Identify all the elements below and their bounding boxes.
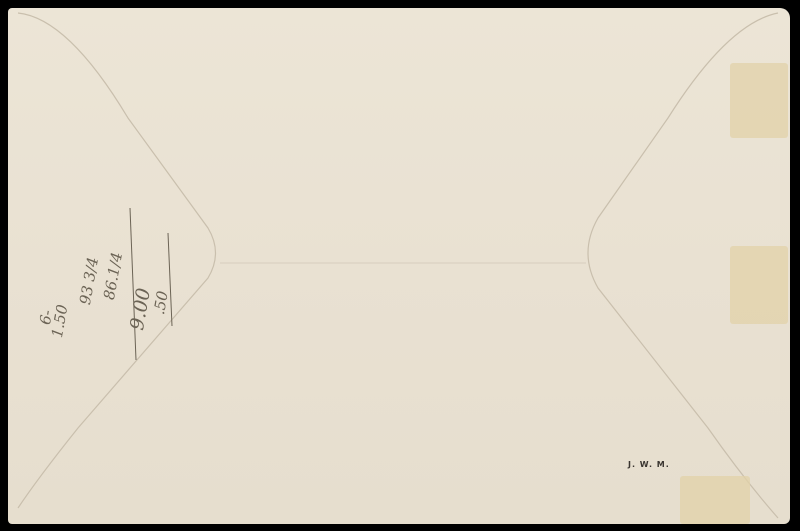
stain	[730, 63, 788, 138]
stain	[730, 246, 788, 324]
envelope-flap-lines	[8, 8, 790, 524]
envelope-back: 6- 1.50 93 3/4 86.1/4 9.00 .50 J. W. M.	[8, 8, 790, 524]
printed-initials: J. W. M.	[628, 460, 670, 469]
stain	[680, 476, 750, 524]
